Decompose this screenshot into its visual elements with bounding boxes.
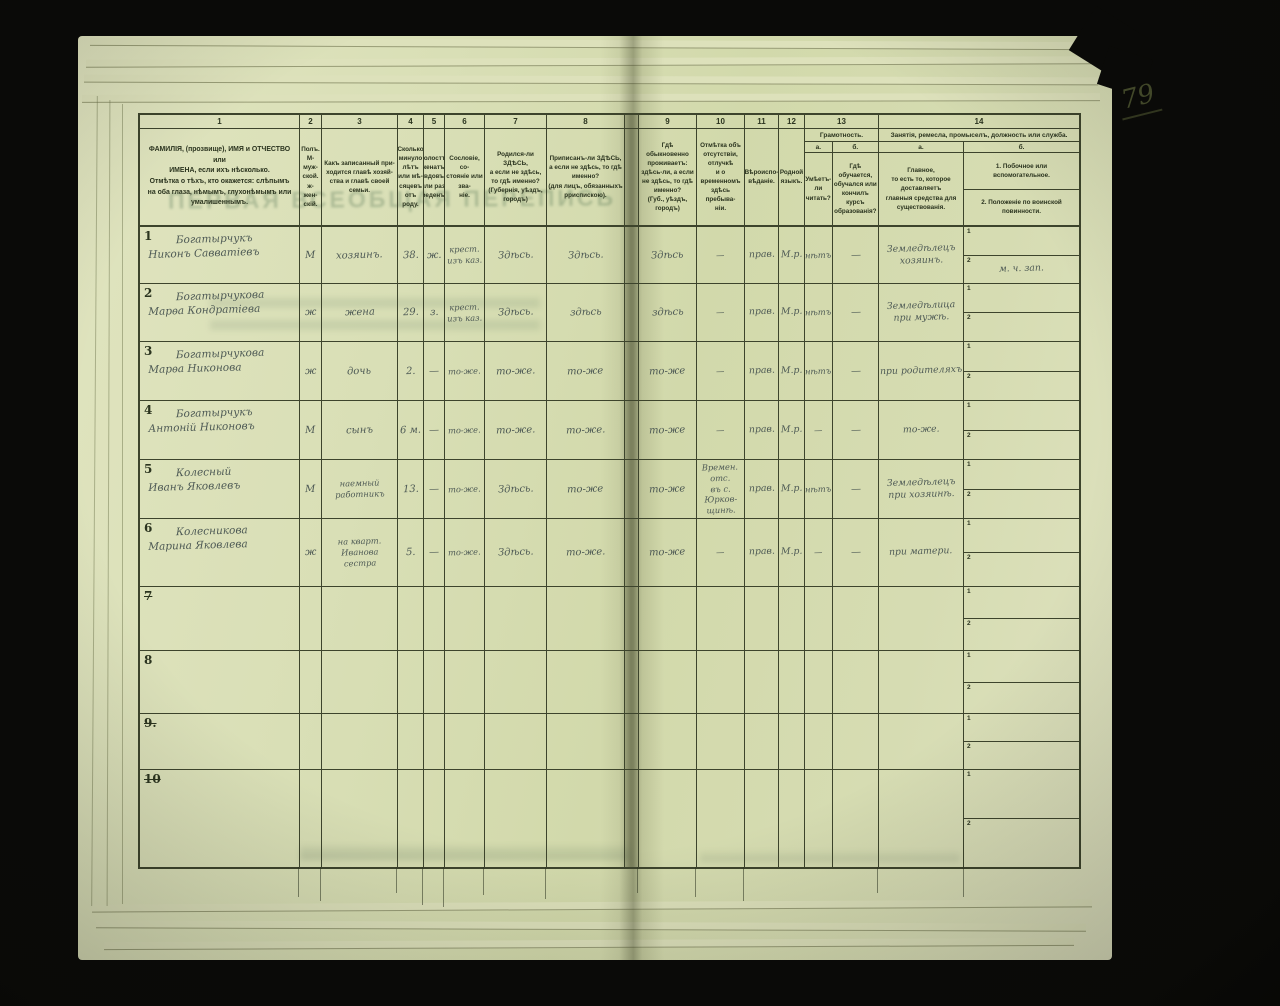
header-literacy-b-label: б. [833,142,878,152]
cell-age: 38. [402,248,418,261]
cell-registered: Здѣсь. [568,248,604,262]
cell-reads: нѣтъ [805,307,831,319]
header-relation: Какъ записанный при- ходится главѣ хозяй… [323,157,395,198]
cell-resides: то-же [649,423,686,437]
cell-given-name: Антоній Никоновъ [148,420,255,435]
header-birthplace: Родился-ли ЗДѢСЬ, а если не здѣсь, то гд… [485,148,546,207]
header-marital: Холостъ, женатъ, вдовъ или раз- веденъ. [424,152,445,202]
fold-gutter [625,284,639,341]
cell-given-name: Марина Яковлева [148,538,248,553]
table-row: 2 БогатырчуковаМарѳа Кондратіева ж жена … [140,284,1079,342]
table-row: 3 БогатырчуковаМарѳа Никонова ж дочь 2. … [140,342,1079,401]
cell-education: — [850,482,860,495]
cell-name: БогатырчуковаМарѳа Кондратіева [140,284,299,319]
header-literacy-a-label: а. [805,142,833,152]
col-number: 10 [697,115,745,128]
sub-label: 1 [967,461,971,468]
sub-label: 1 [967,285,971,292]
cell-absence: — [716,547,725,558]
header-estate: Сословіе, со- стояніе или зва- ніе. [445,152,484,202]
cell-absence: — [716,424,725,435]
cell-sex: М [305,423,316,436]
cell-reads: нѣтъ [805,249,831,261]
sub-label: 2 [967,491,971,498]
table-row: 4 БогатырчукъАнтоній Никоновъ М сынъ 6 м… [140,401,1079,460]
sub-label: 2 [967,743,971,750]
cell-estate: крест. изъ каз. [447,244,483,267]
header-occupation-b-label: б. [964,142,1079,152]
cell-occupation-military: м. ч. зап. [999,263,1044,276]
cell-registered: то-же [567,364,604,378]
cell-sex: М [305,482,316,495]
row-number: 7 [144,589,152,603]
census-table: 1 2 3 4 5 6 7 8 9 10 11 12 13 14 ФАМИЛІЯ… [138,113,1081,869]
cell-education: — [850,546,860,559]
header-occupation-side: 1. Побочное или вспомогательное. [966,160,1077,182]
fold-gutter [625,587,639,650]
header-occupation-a-label: а. [879,142,964,152]
cell-registered: то-же. [566,545,606,559]
col-number: 11 [745,115,779,128]
col-number: 4 [398,115,424,128]
fold-gutter [625,519,639,586]
cell-age: 2. [406,364,416,377]
cell-born: Здѣсь. [498,306,534,320]
cell-name: БогатырчуковаМарѳа Никонова [140,342,299,377]
sub-label: 1 [967,588,971,595]
cell-estate: то-же. [448,424,481,436]
cell-registered: то-же. [566,423,606,437]
cell-sex: ж [305,546,317,559]
header-literacy-group: Грамотность. а. б. Умѣетъ- ли читать? Гд… [805,129,879,225]
cell-language: М.р. [781,483,803,496]
cell-religion: прав. [748,306,774,319]
sub-label: 2 [967,684,971,691]
cell-occupation-main: при матери. [889,546,953,560]
cell-estate: крест. изъ каз. [447,301,483,324]
cell-estate: то-же. [448,365,481,377]
col-number: 9 [639,115,697,128]
cell-language: М.р. [781,306,803,319]
cell-religion: прав. [748,546,774,559]
cell-marital: — [429,482,439,495]
header-residence: Гдѣ обыкновенно проживаетъ: здѣсь-ли, а … [639,139,696,216]
cell-occupation-main: Земледѣлица при мужѣ. [886,299,955,325]
cell-reads: нѣтъ [805,483,831,495]
cell-relation: наемный работникъ [334,478,384,501]
cell-relation: хозяинъ. [336,248,383,262]
fold-gutter [625,129,639,225]
cell-born: Здѣсь. [498,248,534,262]
cell-estate: то-же. [448,547,481,559]
cell-resides: здѣсь [651,306,683,320]
cell-language: М.р. [781,424,803,437]
table-row: 8 1 2 [140,651,1079,714]
header-sex: Полъ. М-муж- ской. ж-жен- скій. [300,143,321,211]
cell-absence: — [716,365,725,376]
header-name: ФАМИЛІЯ, (прозвище), ИМЯ и ОТЧЕСТВО или … [140,142,299,212]
fold-gutter [625,342,639,400]
cell-born: то-же. [496,423,536,437]
cell-relation: жена [344,306,374,320]
header-literacy-title: Грамотность. [805,129,878,142]
cell-age: 5. [406,546,416,559]
sheet-edge [122,104,123,904]
cell-relation: сынъ [346,423,373,437]
cell-relation: на кварт. Иванова сестра [337,536,381,570]
cell-language: М.р. [781,365,803,378]
header-age: Сколько минуло лѣтъ или мѣ- сяцевъ отъ р… [398,143,424,211]
sub-label: 1 [967,402,971,409]
col-number: 8 [547,115,625,128]
header-occupation-group: Занятія, ремесла, промыселъ, должность и… [879,129,1079,225]
fold-gutter [625,770,639,867]
cell-born: то-же. [496,364,536,378]
cell-education: — [850,423,860,436]
cell-age: 29. [402,306,418,319]
header-occupation-title: Занятія, ремесла, промыселъ, должность и… [879,129,1079,142]
col-number: 13 [805,115,879,128]
fold-gutter [625,460,639,518]
cell-religion: прав. [748,483,774,496]
table-row: 1 БогатырчукъНиконъ Савватіевъ М хозяинъ… [140,227,1079,284]
sub-label: 2 [967,257,971,264]
cell-given-name: Никонъ Савватіевъ [148,246,259,261]
cell-age: 13. [402,482,418,495]
header-language: Родной языкъ. [779,166,804,188]
cell-given-name: Иванъ Яковлевъ [148,479,240,494]
row-number: 8 [144,653,152,667]
col-number: 6 [445,115,485,128]
table-row: 7 1 2 [140,587,1079,651]
header-occupation-military: 2. Положеніе по воинской повинности. [966,196,1077,218]
cell-marital: — [429,423,439,436]
cell-language: М.р. [781,546,803,559]
sub-label: 1 [967,771,971,778]
sub-label: 1 [967,715,971,722]
cell-education: — [850,364,860,377]
cell-given-name: Марѳа Кондратіева [148,303,260,318]
cell-estate: то-же. [448,483,481,495]
sub-label: 2 [967,554,971,561]
table-row: 6 КолесниковаМарина Яковлева ж на кварт.… [140,519,1079,587]
col-number: 14 [879,115,1079,128]
cell-name: КолесныйИванъ Яковлевъ [140,460,299,495]
table-header: 1 2 3 4 5 6 7 8 9 10 11 12 13 14 ФАМИЛІЯ… [140,115,1079,227]
cell-education: — [850,248,860,261]
cell-born: Здѣсь. [498,546,534,560]
cell-resides: Здѣсь [651,248,684,262]
cell-marital: — [429,364,439,377]
sub-label: 1 [967,652,971,659]
cell-given-name: Марѳа Никонова [148,361,242,376]
cell-religion: прав. [748,365,774,378]
table-row: 5 КолесныйИванъ Яковлевъ М наемный работ… [140,460,1079,519]
cell-sex: М [305,248,316,261]
sub-label: 2 [967,820,971,827]
cell-born: Здѣсь. [498,482,534,496]
cell-sex: ж [305,306,317,319]
cell-occupation-main: то-же. [903,423,940,436]
row-number: 9. [144,716,157,730]
cell-resides: то-же [649,364,686,378]
cell-name: БогатырчукъНиконъ Савватіевъ [140,227,299,262]
cell-resides: то-же [649,545,686,559]
header-absence: Отмѣтка объ отсутствіи, отлучкѣ и о врем… [697,139,744,216]
table-row: 9. 1 2 [140,714,1079,770]
fold-gutter [625,714,639,769]
cell-registered: здѣсь [569,306,601,320]
cell-absence: Времен. отс. въ с. Юрков- щинѣ. [697,461,745,516]
header-literacy-education: Гдѣ обучается, обучался или кончилъ курс… [833,160,878,219]
header-religion: Вѣроиспо- вѣданіе. [745,166,779,188]
sub-label: 1 [967,228,971,235]
scan-background: ПЕРВАЯ ВСЕОБЩАЯ ПЕРЕПИСЬ 79 1 2 3 4 5 6 … [0,0,1280,1006]
cell-education: — [850,306,860,319]
cell-reads: — [814,547,823,558]
cell-sex: ж [305,364,317,377]
cell-resides: то-же [649,482,686,496]
sub-label: 2 [967,314,971,321]
sub-label: 2 [967,373,971,380]
cell-age: 6 м. [400,423,421,437]
col-number: 2 [300,115,322,128]
fold-gutter [625,651,639,713]
cell-religion: прав. [748,249,774,262]
cell-relation: дочь [347,364,371,378]
fold-gutter [625,115,639,128]
cell-absence: — [716,249,725,260]
sub-label: 1 [967,520,971,527]
cell-reads: — [814,424,823,435]
sub-label: 2 [967,432,971,439]
sub-label: 2 [967,620,971,627]
cell-occupation-main: Земледѣлецъ при хозяинѣ. [886,476,955,502]
header-registration: Приписанъ-ли ЗДѢСЬ, а если не здѣсь, то … [547,152,623,202]
cell-occupation-main: Земледѣлецъ хозяинъ. [886,242,955,268]
cell-registered: то-же [567,482,604,496]
header-literacy-reads: Умѣетъ- ли читать? [805,173,832,204]
cell-name: БогатырчукъАнтоній Никоновъ [140,401,299,436]
fold-gutter [625,227,639,283]
sub-label: 1 [967,343,971,350]
cell-language: М.р. [781,249,803,262]
fold-gutter [625,401,639,459]
cell-occupation-main: при родителяхъ [880,364,962,378]
col-number: 7 [485,115,547,128]
col-number: 12 [779,115,805,128]
cell-marital: з. [429,306,438,319]
col-number: 3 [322,115,398,128]
header-occupation-main: Главное, то есть то, которое доставляетъ… [879,164,963,214]
col-number: 1 [140,115,300,128]
cell-reads: нѣтъ [805,365,831,377]
cell-name: КолесниковаМарина Яковлева [140,519,299,554]
cell-absence: — [716,307,725,318]
col-number: 5 [424,115,445,128]
cell-marital: ж. [427,248,442,261]
table-row: 10 1 2 [140,770,1079,867]
cell-marital: — [429,546,439,559]
cell-religion: прав. [748,424,774,437]
row-number: 10 [144,772,161,786]
